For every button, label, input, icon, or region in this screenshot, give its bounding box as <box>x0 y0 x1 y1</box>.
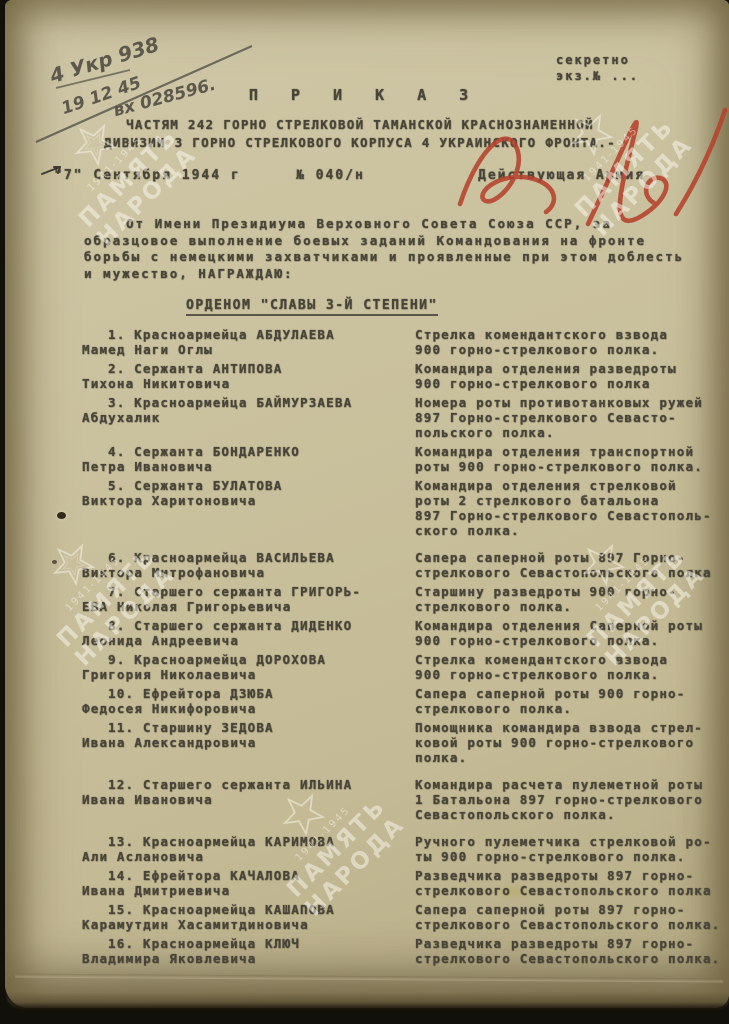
entry-description-line: Старшину разведроты 900 горно- <box>415 584 722 599</box>
entry-description-line: Командира расчета пулеметной роты <box>415 777 722 792</box>
entry-name-line: 10. Ефрейтора ДЗЮБА <box>82 686 415 701</box>
paper-hole <box>57 512 66 519</box>
paper-crease <box>15 974 723 983</box>
award-entry: 16. Красноармейца КЛЮЧВладимира Яковлеви… <box>82 936 722 966</box>
entry-name-line: Григория Николаевича <box>82 667 415 682</box>
entry-description-line: 900 горно-стрелкового полка. <box>415 667 722 682</box>
entry-description-line: стрелкового Севастопольского полка <box>415 565 722 580</box>
entry-name-line: 8. Старшего сержанта ДИДЕНКО <box>82 618 415 633</box>
award-entry: 9. Красноармейца ДОРОХОВАГригория Никола… <box>82 652 722 682</box>
award-entry: 6. Красноармейца ВАСИЛЬЕВАВиктора Митроф… <box>82 550 722 580</box>
entry-name-line: Ивана Александровича <box>82 735 415 750</box>
entry-rank-and-name: 2. Сержанта АНТИПОВАТихона Никитовича <box>82 361 415 391</box>
award-entry: 7. Старшего сержанта ГРИГОРЬ-ЕВА Николая… <box>82 584 722 614</box>
order-date: "7" Сентября 1944 г <box>54 168 241 183</box>
entry-description-line: 900 горно-стрелкового полка. <box>415 633 722 648</box>
entry-name-line: Леонида Андреевича <box>82 633 415 648</box>
award-entry: 13. Красноармейца КАРИМОВААли Аслановича… <box>82 834 722 864</box>
entry-description-line: 900 горно-стрелкового полка. <box>415 342 722 357</box>
entry-description-line: ты 900 горно-стрелкового полка. <box>415 849 722 864</box>
entry-name-line: Карамутдин Хасамитдиновича <box>82 917 415 932</box>
order-addressee: ЧАСТЯМ 242 ГОРНО СТРЕЛКОВОЙ ТАМАНСКОЙ КР… <box>40 116 680 152</box>
award-heading: ОРДЕНОМ "СЛАВЫ 3-Й СТЕПЕНИ" <box>186 298 438 316</box>
entry-name-line: 15. Красноармейца КАШАПОВА <box>82 902 415 917</box>
entry-description-line: Командира отделения стрелковой <box>415 478 722 493</box>
entry-rank-and-name: 15. Красноармейца КАШАПОВАКарамутдин Хас… <box>82 902 415 932</box>
award-entry: 3. Красноармейца БАЙМУРЗАЕВААбдухалик Но… <box>82 395 722 440</box>
entry-description-line: Разведчика разведроты 897 горно- <box>415 936 722 951</box>
award-entry: 1. Красноармейца АБДУЛАЕВАМамед Наги Огл… <box>82 327 722 357</box>
entry-rank-and-name: 10. Ефрейтора ДЗЮБАФедосея Никифоровича <box>82 686 415 716</box>
entry-description-line: 897 Горно-стрелкового Севасто- <box>415 410 722 425</box>
entry-description-line: полка. <box>415 750 722 765</box>
entry-rank-and-name: 8. Старшего сержанта ДИДЕНКОЛеонида Андр… <box>82 618 415 648</box>
order-number: № 040/н <box>296 168 365 183</box>
entry-name-line: 5. Сержанта БУЛАТОВА <box>82 478 415 493</box>
entry-rank-and-name: 5. Сержанта БУЛАТОВАВиктора Харитоновича <box>82 478 415 538</box>
entry-position-description: Разведчика разведроты 897 горно-стрелков… <box>415 868 722 898</box>
entry-description-line: Номера роты противотанковых ружей <box>415 395 722 410</box>
entry-name-line: Виктора Харитоновича <box>82 493 415 508</box>
entry-position-description: Командира отделения транспортнойроты 900… <box>415 444 722 474</box>
entry-description-line: Командира отделения Саперной роты <box>415 618 722 633</box>
entry-position-description: Сапера саперной роты 900 горно-стрелково… <box>415 686 722 716</box>
addressee-line-2: ДИВИЗИИ 3 ГОРНО СТРЕЛКОВОГО КОРПУСА 4 УК… <box>40 134 680 152</box>
entry-description-line: 1 Батальона 897 горно-стрелкового <box>415 792 722 807</box>
entry-description-line: стрелкового Севастопольского полка <box>415 883 722 898</box>
entry-description-line: 900 горно-стрелкового полка <box>415 376 722 391</box>
army-in-the-field-label: Действующая Армия <box>478 168 645 183</box>
entry-name-line: Али Аслановича <box>82 849 415 864</box>
entry-position-description: Стрелка комендантского взвода900 горно-с… <box>415 652 722 682</box>
entry-description-line: ского полка. <box>415 523 722 538</box>
award-entry: 8. Старшего сержанта ДИДЕНКОЛеонида Андр… <box>82 618 722 648</box>
entry-description-line: Командира отделения транспортной <box>415 444 722 459</box>
award-entry: 4. Сержанта БОНДАРЕНКОПетра Ивановича Ко… <box>82 444 722 474</box>
pencil-arrow-mark <box>40 162 66 178</box>
entry-rank-and-name: 16. Красноармейца КЛЮЧВладимира Яковлеви… <box>82 936 415 966</box>
entry-name-line: Ивана Ивановича <box>82 792 415 807</box>
secrecy-label: секретно <box>556 52 639 68</box>
entry-description-line: Помощника командира взвода стрел- <box>415 720 722 735</box>
entry-position-description: Ручного пулеметчика стрелковой ро-ты 900… <box>415 834 722 864</box>
entry-description-line: роты 900 горно-стрелкового полка. <box>415 459 722 474</box>
entry-name-line: 16. Красноармейца КЛЮЧ <box>82 936 415 951</box>
entry-description-line: Разведчика разведроты 897 горно- <box>415 868 722 883</box>
award-entry: 14. Ефрейтора КАЧАЛОВАИвана Дмитриевича … <box>82 868 722 898</box>
entry-position-description: Разведчика разведроты 897 горно-стрелков… <box>415 936 722 966</box>
entry-position-description: Сапера саперной роты 897 горно-стрелково… <box>415 902 722 932</box>
entry-name-line: 9. Красноармейца ДОРОХОВА <box>82 652 415 667</box>
award-entry: 15. Красноармейца КАШАПОВАКарамутдин Хас… <box>82 902 722 932</box>
secrecy-stamp: секретно экз.№ ... <box>556 52 639 84</box>
preamble-text: От Имени Президиума Верховного Совета Со… <box>84 216 684 281</box>
entry-position-description: Стрелка комендантского взвода900 горно-с… <box>415 327 722 357</box>
entry-name-line: Абдухалик <box>82 410 415 425</box>
award-entry: 12. Старшего сержанта ИЛЬИНАИвана Иванов… <box>82 777 722 822</box>
award-entry: 5. Сержанта БУЛАТОВАВиктора Харитоновича… <box>82 478 722 538</box>
entry-name-line: Петра Ивановича <box>82 459 415 474</box>
entry-name-line: 13. Красноармейца КАРИМОВА <box>82 834 415 849</box>
entry-name-line: 7. Старшего сержанта ГРИГОРЬ- <box>82 584 415 599</box>
entry-description-line: 897 Горно-стрелкового Севастополь- <box>415 508 722 523</box>
entry-name-line: Мамед Наги Оглы <box>82 342 415 357</box>
entry-rank-and-name: 1. Красноармейца АБДУЛАЕВАМамед Наги Огл… <box>82 327 415 357</box>
award-entry: 11. Старшину ЗЕДОВАИвана Александровича … <box>82 720 722 765</box>
entry-description-line: Стрелка комендантского взвода <box>415 652 722 667</box>
paper-hole <box>52 560 57 564</box>
entry-description-line: Командира отделения разведроты <box>415 361 722 376</box>
entry-rank-and-name: 9. Красноармейца ДОРОХОВАГригория Никола… <box>82 652 415 682</box>
entry-name-line: Виктора Митрофановича <box>82 565 415 580</box>
entry-position-description: Командира отделения Саперной роты900 гор… <box>415 618 722 648</box>
entry-name-line: ЕВА Николая Григорьевича <box>82 599 415 614</box>
entry-description-line: стрелкового полка. <box>415 701 722 716</box>
entry-position-description: Старшину разведроты 900 горно-стрелковог… <box>415 584 722 614</box>
entry-position-description: Командира отделения разведроты900 горно-… <box>415 361 722 391</box>
entry-position-description: Командира отделения стрелковойроты 2 стр… <box>415 478 722 538</box>
entry-name-line: 12. Старшего сержанта ИЛЬИНА <box>82 777 415 792</box>
entry-description-line: ковой роты 900 горно-стрелкового <box>415 735 722 750</box>
entry-rank-and-name: 4. Сержанта БОНДАРЕНКОПетра Ивановича <box>82 444 415 474</box>
entry-name-line: Федосея Никифоровича <box>82 701 415 716</box>
entry-name-line: 2. Сержанта АНТИПОВА <box>82 361 415 376</box>
entry-name-line: Тихона Никитовича <box>82 376 415 391</box>
entry-description-line: Сапера саперной роты 897 Горно- <box>415 550 722 565</box>
entry-name-line: 6. Красноармейца ВАСИЛЬЕВА <box>82 550 415 565</box>
entry-rank-and-name: 13. Красноармейца КАРИМОВААли Аслановича <box>82 834 415 864</box>
entry-position-description: Помощника командира взвода стрел-ковой р… <box>415 720 722 765</box>
entry-position-description: Командира расчета пулеметной роты1 Батал… <box>415 777 722 822</box>
entry-description-line: стрелкового полка. <box>415 599 722 614</box>
entry-name-line: 11. Старшину ЗЕДОВА <box>82 720 415 735</box>
entry-name-line: 4. Сержанта БОНДАРЕНКО <box>82 444 415 459</box>
entry-description-line: стрелкового Севастопольского полка. <box>415 951 722 966</box>
entry-position-description: Номера роты противотанковых ружей897 Гор… <box>415 395 722 440</box>
entry-rank-and-name: 7. Старшего сержанта ГРИГОРЬ-ЕВА Николая… <box>82 584 415 614</box>
entry-description-line: польского полка. <box>415 425 722 440</box>
entry-rank-and-name: 12. Старшего сержанта ИЛЬИНАИвана Иванов… <box>82 777 415 822</box>
entry-description-line: Сапера саперной роты 900 горно- <box>415 686 722 701</box>
entry-rank-and-name: 3. Красноармейца БАЙМУРЗАЕВААбдухалик <box>82 395 415 440</box>
entry-rank-and-name: 11. Старшину ЗЕДОВАИвана Александровича <box>82 720 415 765</box>
entry-description-line: Стрелка комендантского взвода <box>415 327 722 342</box>
award-list: 1. Красноармейца АБДУЛАЕВАМамед Наги Огл… <box>82 327 722 970</box>
entry-description-line: роты 2 стрелкового батальона <box>415 493 722 508</box>
order-preamble: От Имени Президиума Верховного Совета Со… <box>84 216 702 282</box>
entry-description-line: Сапера саперной роты 897 горно- <box>415 902 722 917</box>
copy-number-label: экз.№ ... <box>556 68 639 84</box>
entry-name-line: Ивана Дмитриевича <box>82 883 415 898</box>
entry-name-line: 1. Красноармейца АБДУЛАЕВА <box>82 327 415 342</box>
entry-description-line: Севастопольского полка. <box>415 807 722 822</box>
order-title: П Р И К А З <box>0 86 729 104</box>
addressee-line-1: ЧАСТЯМ 242 ГОРНО СТРЕЛКОВОЙ ТАМАНСКОЙ КР… <box>40 116 680 134</box>
entry-rank-and-name: 6. Красноармейца ВАСИЛЬЕВАВиктора Митроф… <box>82 550 415 580</box>
award-entry: 2. Сержанта АНТИПОВАТихона Никитовича Ко… <box>82 361 722 391</box>
award-entry: 10. Ефрейтора ДЗЮБАФедосея Никифоровича … <box>82 686 722 716</box>
entry-position-description: Сапера саперной роты 897 Горно-стрелково… <box>415 550 722 580</box>
entry-rank-and-name: 14. Ефрейтора КАЧАЛОВАИвана Дмитриевича <box>82 868 415 898</box>
entry-name-line: 3. Красноармейца БАЙМУРЗАЕВА <box>82 395 415 410</box>
entry-name-line: Владимира Яковлевича <box>82 951 415 966</box>
entry-description-line: Ручного пулеметчика стрелковой ро- <box>415 834 722 849</box>
entry-name-line: 14. Ефрейтора КАЧАЛОВА <box>82 868 415 883</box>
entry-description-line: стрелкового Севастопольского полка. <box>415 917 722 932</box>
